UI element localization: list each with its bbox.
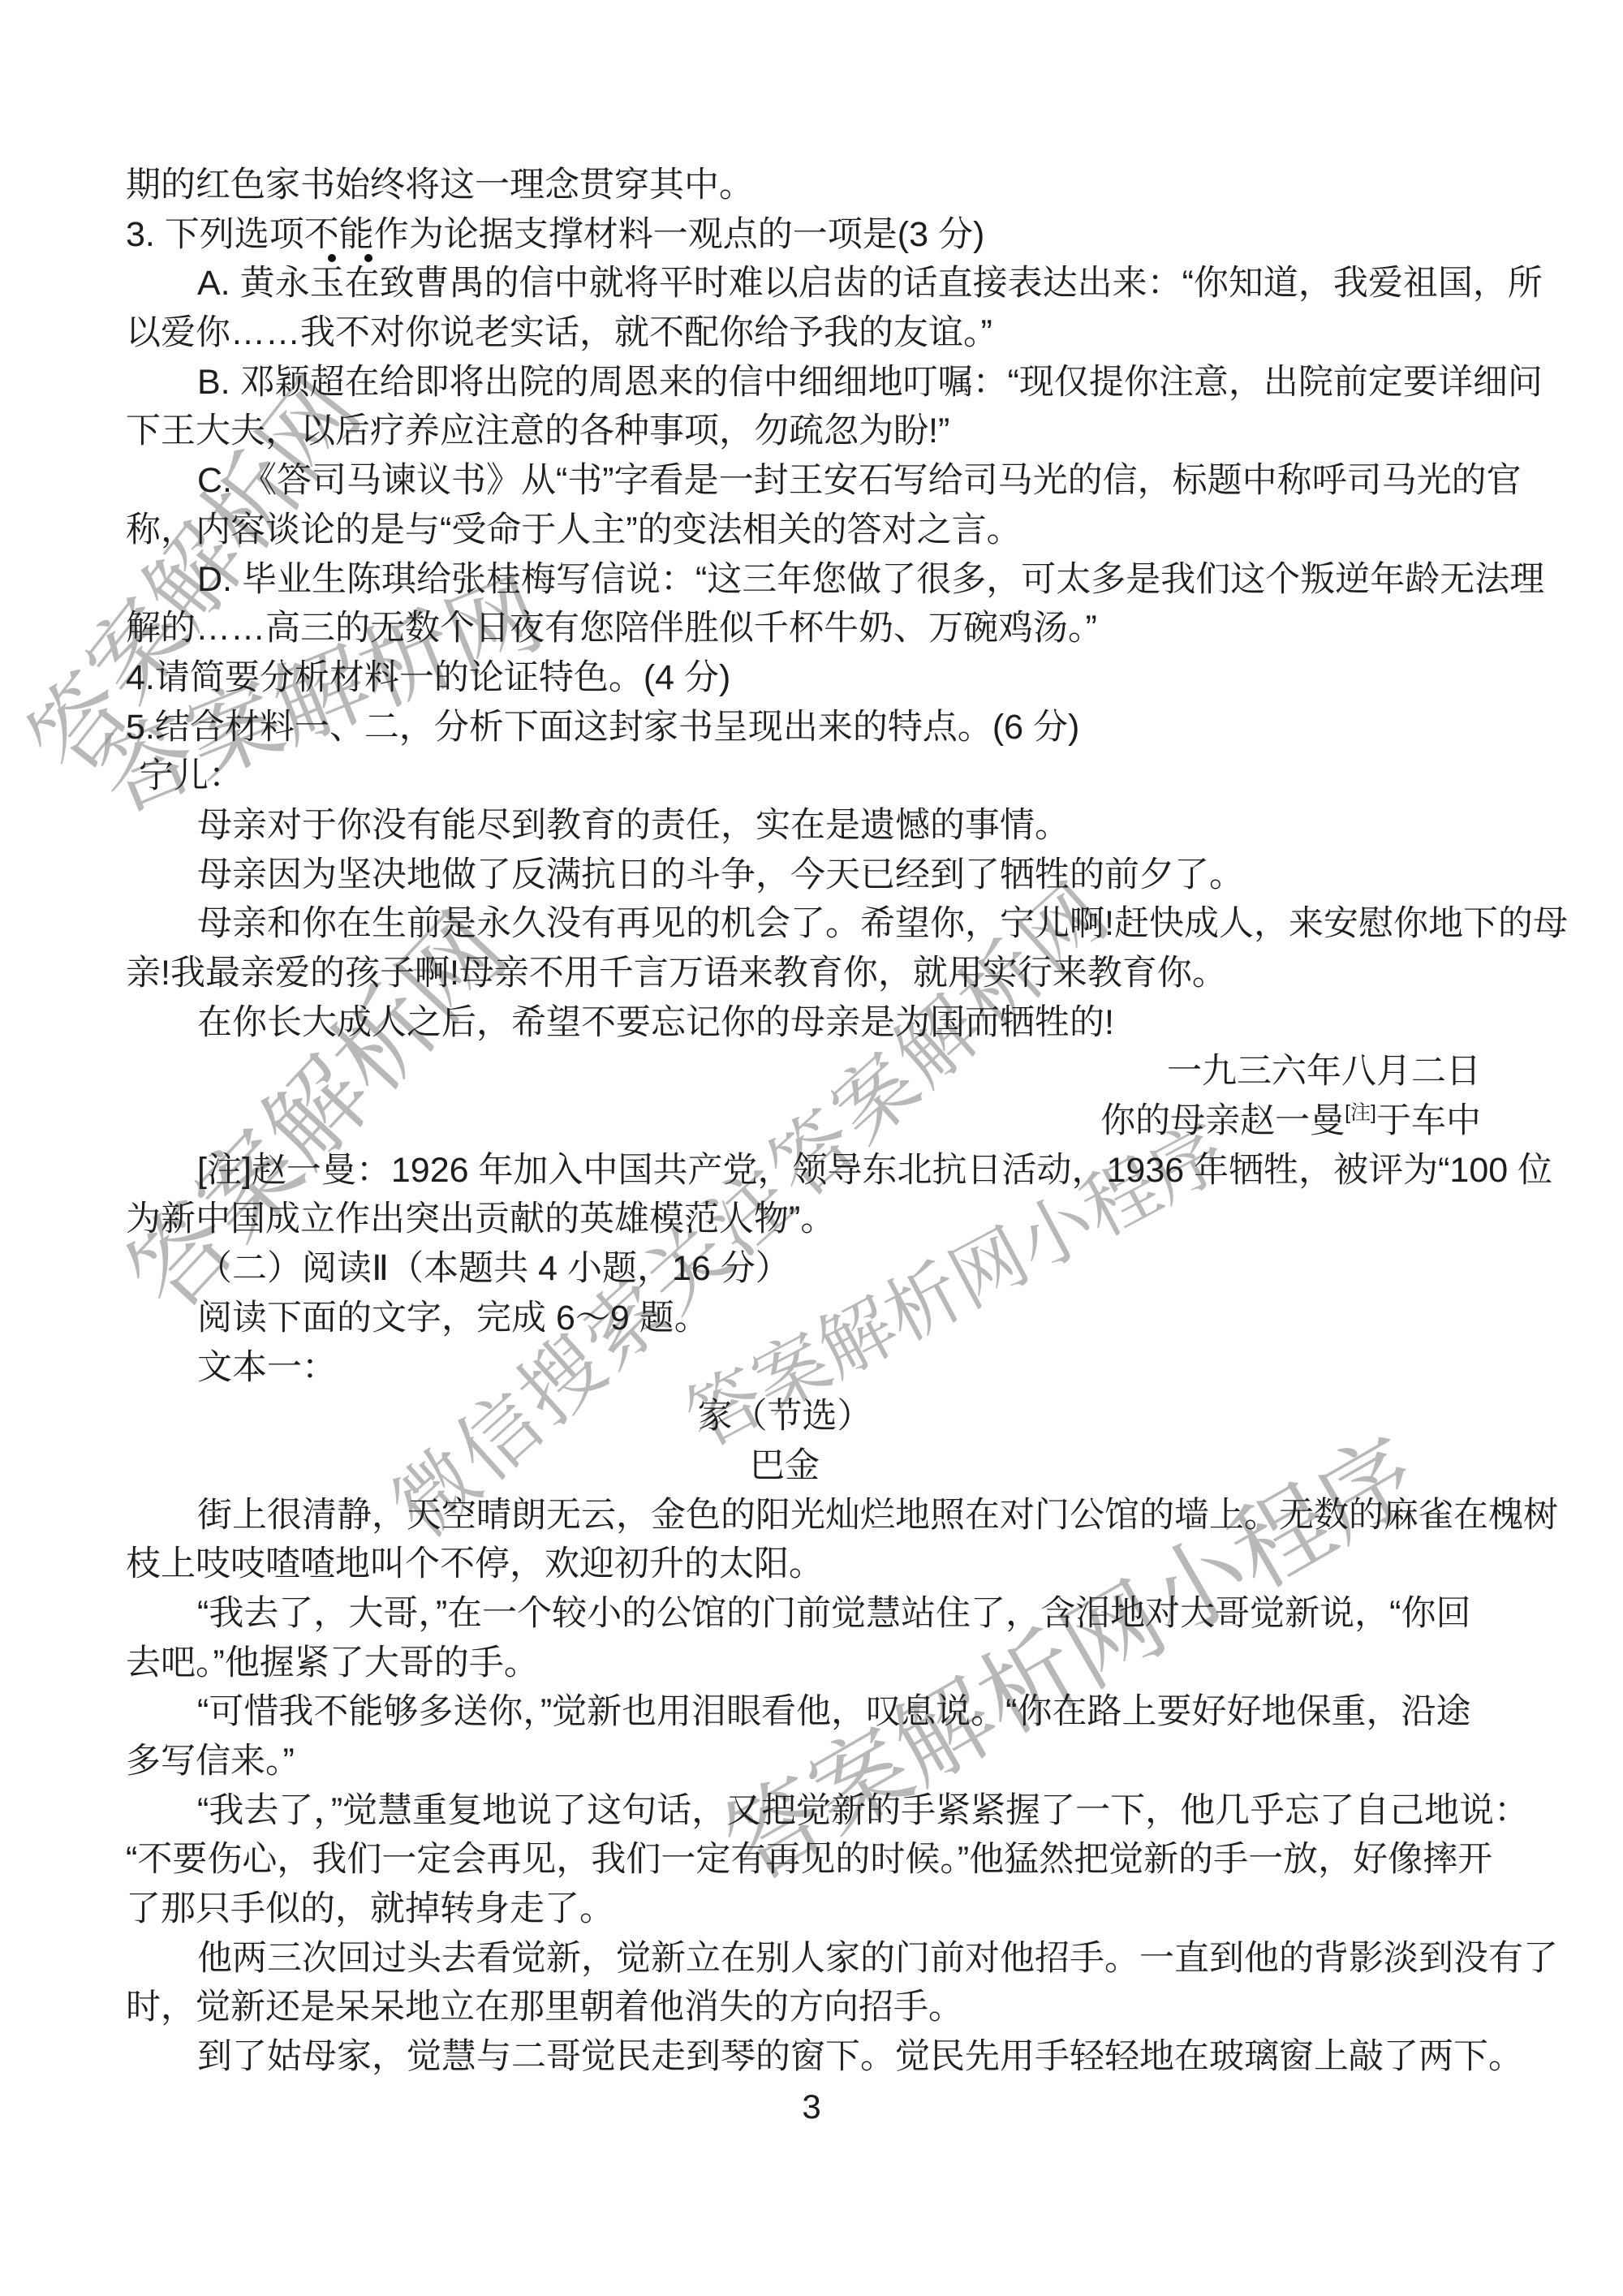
text-line: [注]赵一曼：1926 年加入中国共产党，领导东北抗日活动，1936 年牺牲，被… (126, 1146, 1500, 1195)
text-line: C. 《答司马谏议书》从“书”字看是一封王安石写给司马光的信，标题中称呼司马光的… (126, 456, 1500, 506)
text-line: 期的红色家书始终将这一理念贯穿其中。 (126, 161, 1500, 210)
emphasis-dot (328, 254, 336, 262)
text-line: A. 黄永玉在致曹禺的信中就将平时难以启齿的话直接表达出来：“你知道，我爱祖国，… (126, 259, 1500, 308)
document-text: 期的红色家书始终将这一理念贯穿其中。3. 下列选项不能作为论据支撑材料一观点的一… (126, 161, 1500, 2082)
text-line: 了那只手似的，就掉转身走了。 (126, 1885, 1500, 1934)
emphasis-dot (364, 254, 372, 262)
text-line: 巴金 (126, 1441, 1500, 1491)
text-line: 文本一： (126, 1343, 1500, 1393)
text-line: （二）阅读Ⅱ（本题共 4 小题，16 分） (126, 1244, 1500, 1294)
text-line: 称，内容谈论的是与“受命于人主”的变法相关的答对之言。 (126, 506, 1500, 555)
text-line: 他两三次回过头去看觉新，觉新立在别人家的门前对他招手。一直到他的背影淡到没有了 (126, 1934, 1500, 1984)
text-line: 街上很清静，天空晴朗无云，金色的阳光灿烂地照在对门公馆的墙上。无数的麻雀在槐树 (126, 1491, 1500, 1540)
text-line: “我去了，”觉慧重复地说了这句话，又把觉新的手紧紧握了一下，他几乎忘了自己地说： (126, 1786, 1500, 1836)
text-line: 枝上吱吱喳喳地叫个不停，欢迎初升的太阳。 (126, 1540, 1500, 1589)
text-line: 5.结合材料一、二，分析下面这封家书呈现出来的特点。(6 分) (126, 703, 1500, 752)
text-line: 到了姑母家，觉慧与二哥觉民走到琴的窗下。觉民先用手轻轻地在玻璃窗上敲了两下。 (126, 2032, 1500, 2082)
text-line: 解的……高三的无数个日夜有您陪伴胜似千杯牛奶、万碗鸡汤。” (126, 604, 1500, 653)
text-line: 母亲对于你没有能尽到教育的责任，实在是遗憾的事情。 (126, 801, 1500, 851)
text-line: “可惜我不能够多送你，”觉新也用泪眼看他，叹息说。“你在路上要好好地保重，沿途 (126, 1687, 1500, 1737)
text-line: 下王大夫，以后疗养应注意的各种事项，勿疏忽为盼!” (126, 407, 1500, 456)
text-line: 在你长大成人之后，希望不要忘记你的母亲是为国而牺牲的! (126, 998, 1500, 1048)
text-line: 家（节选） (126, 1392, 1500, 1441)
text-line: 母亲因为坚决地做了反满抗日的斗争，今天已经到了牺牲的前夕了。 (126, 851, 1500, 900)
text-line: 一九三六年八月二日 (126, 1047, 1500, 1096)
text-line: 亲!我最亲爱的孩子啊!母亲不用千言万语来教育你，就用实行来教育你。 (126, 949, 1500, 998)
text-line: “不要伤心，我们一定会再见，我们一定有再见的时候。”他猛然把觉新的手一放，好像摔… (126, 1835, 1500, 1885)
text-line: 阅读下面的文字，完成 6～9 题。 (126, 1294, 1500, 1343)
note-superscript: [注] (1345, 1101, 1376, 1124)
text-line: 以爱你……我不对你说老实话，就不配你给予我的友谊。” (126, 308, 1500, 358)
text-line: B. 邓颖超在给即将出院的周恩来的信中细细地叮嘱：“现仅提你注意，出院前定要详细… (126, 358, 1500, 407)
text-line: 多写信来。” (126, 1737, 1500, 1786)
exam-paper-page: 答案解析网答案解析网答案解析网微信搜索关注答案解析网答案解析网小程序答案解析网小… (0, 0, 1623, 2296)
text-line: 时，觉新还是呆呆地立在那里朝着他消失的方向招手。 (126, 1983, 1500, 2032)
text-line: 宁儿： (126, 752, 1500, 801)
text-line: 你的母亲赵一曼[注]于车中 (126, 1096, 1500, 1146)
text-line: 母亲和你在生前是永久没有再见的机会了。希望你，宁儿啊!赶快成人，来安慰你地下的母 (126, 899, 1500, 949)
text-line: 去吧。”他握紧了大哥的手。 (126, 1639, 1500, 1688)
text-line: 4.请简要分析材料一的论证特色。(4 分) (126, 653, 1500, 703)
text-line: “我去了，大哥，”在一个较小的公馆的门前觉慧站住了，含泪地对大哥觉新说，“你回 (126, 1589, 1500, 1639)
text-line: 3. 下列选项不能作为论据支撑材料一观点的一项是(3 分) (126, 210, 1500, 260)
text-line: D. 毕业生陈琪给张桂梅写信说：“这三年您做了很多，可太多是我们这个叛逆年龄无法… (126, 555, 1500, 605)
text-line: 为新中国成立作出突出贡献的英雄模范人物”。 (126, 1195, 1500, 1244)
page-number: 3 (0, 2083, 1623, 2131)
